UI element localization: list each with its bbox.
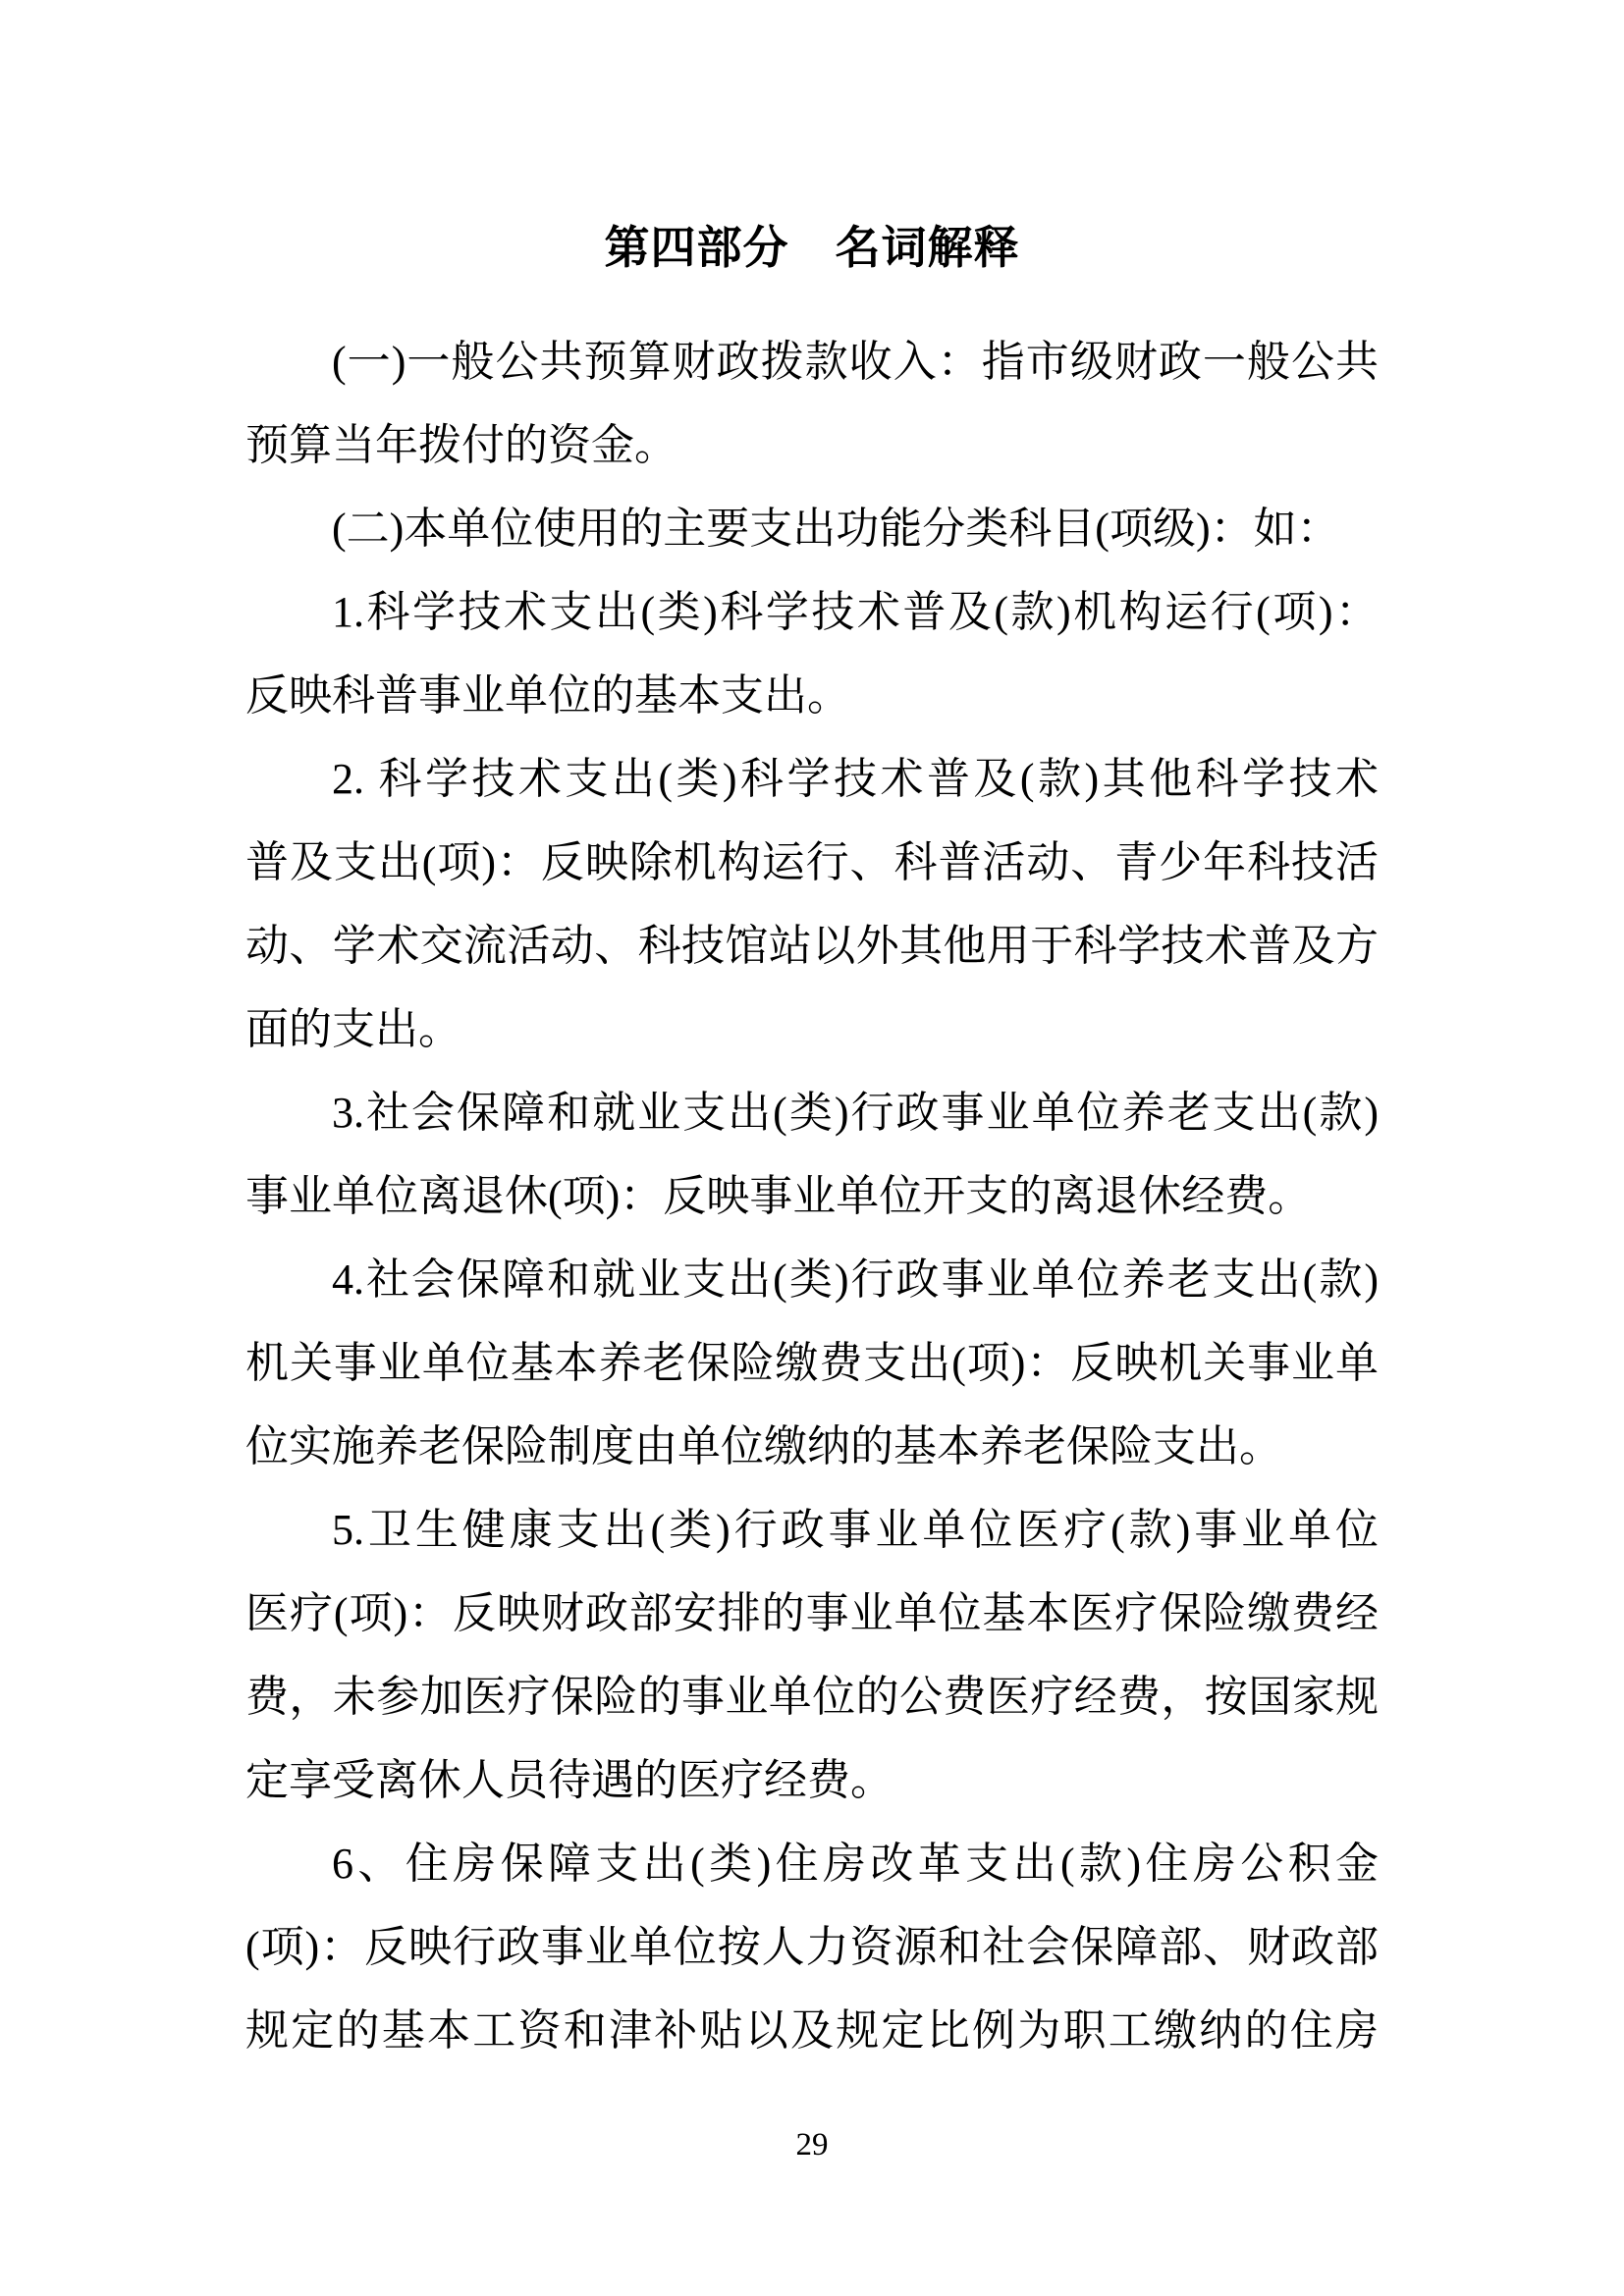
text-line: 事业单位离退休(项)：反映事业单位开支的离退休经费。	[245, 1154, 1379, 1238]
text-line: 4.社会保障和就业支出(类)行政事业单位养老支出(款)	[245, 1238, 1379, 1321]
text-line: (二)本单位使用的主要支出功能分类科目(项级)：如：	[245, 487, 1379, 570]
text-line: 预算当年拨付的资金。	[245, 403, 1379, 487]
text-line: 2. 科学技术支出(类)科学技术普及(款)其他科学技术	[245, 737, 1379, 821]
text-line: 医疗(项)：反映财政部安排的事业单位基本医疗保险缴费经	[245, 1572, 1379, 1655]
text-line: (一)一般公共预算财政拨款收入：指市级财政一般公共	[245, 320, 1379, 403]
text-line: 费，未参加医疗保险的事业单位的公费医疗经费，按国家规	[245, 1655, 1379, 1738]
page-title: 第四部分 名词解释	[0, 206, 1624, 290]
text-line: (项)：反映行政事业单位按人力资源和社会保障部、财政部	[245, 1905, 1379, 1989]
text-line: 定享受离休人员待遇的医疗经费。	[245, 1738, 1379, 1822]
text-line: 3.社会保障和就业支出(类)行政事业单位养老支出(款)	[245, 1071, 1379, 1154]
text-line: 面的支出。	[245, 988, 1379, 1071]
document-body: (一)一般公共预算财政拨款收入：指市级财政一般公共预算当年拨付的资金。(二)本单…	[245, 320, 1379, 2072]
text-line: 机关事业单位基本养老保险缴费支出(项)：反映机关事业单	[245, 1321, 1379, 1405]
text-line: 动、学术交流活动、科技馆站以外其他用于科学技术普及方	[245, 904, 1379, 988]
text-line: 6、住房保障支出(类)住房改革支出(款)住房公积金	[245, 1822, 1379, 1905]
text-line: 5.卫生健康支出(类)行政事业单位医疗(款)事业单位	[245, 1488, 1379, 1572]
page-number: 29	[0, 2123, 1624, 2166]
text-line: 位实施养老保险制度由单位缴纳的基本养老保险支出。	[245, 1405, 1379, 1488]
document-page: 第四部分 名词解释 (一)一般公共预算财政拨款收入：指市级财政一般公共预算当年拨…	[0, 0, 1624, 2296]
text-line: 普及支出(项)：反映除机构运行、科普活动、青少年科技活	[245, 821, 1379, 904]
text-line: 反映科普事业单位的基本支出。	[245, 654, 1379, 737]
text-line: 规定的基本工资和津补贴以及规定比例为职工缴纳的住房	[245, 1989, 1379, 2072]
text-line: 1.科学技术支出(类)科学技术普及(款)机构运行(项)：	[245, 570, 1379, 654]
